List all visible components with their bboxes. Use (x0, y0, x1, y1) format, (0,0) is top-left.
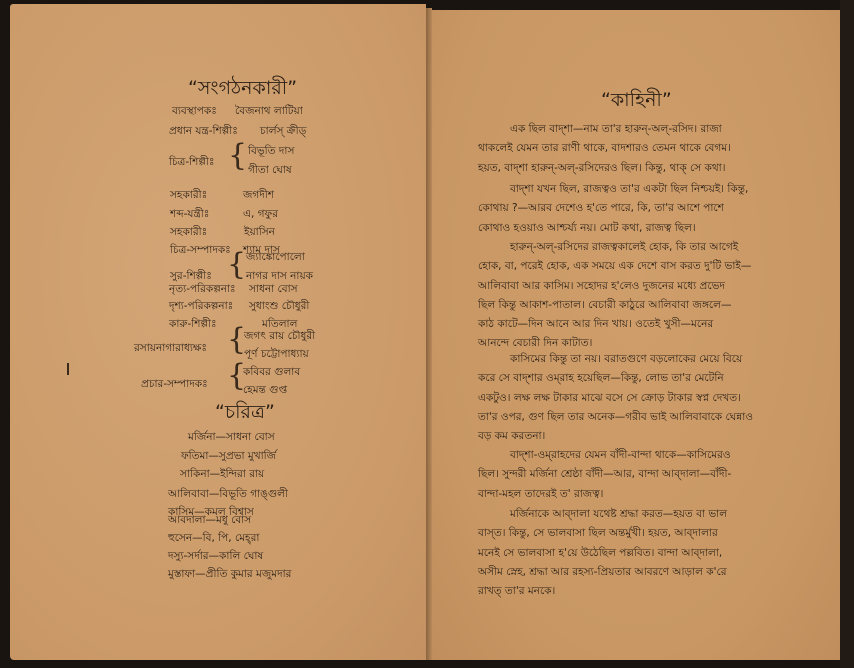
brace-icon: { (227, 250, 246, 280)
crew-name: চার্লস্ ক্রীড্ (260, 124, 306, 141)
text-line: কোথায় ?—আরব দেশেও হ'তে পারে, কি, তা'র আ… (478, 199, 796, 218)
crew-role: শব্দ-যন্ত্রীঃ (170, 207, 209, 224)
story-paragraph: এক ছিল বাদ্‌শা—নাম তা'র হারুন্‌-অল্‌-রসি… (478, 120, 796, 178)
crew-heading: “সংগঠনকারী” (188, 74, 297, 106)
text-line: ছিল। সুন্দরী মর্জিনা শ্রেষ্ঠা বাঁদী—আর, … (478, 465, 796, 484)
text-line: করে সে বাদ্‌শার ওম্‌রাহ হয়েছিল—কিন্তু, … (478, 369, 796, 388)
crew-name: পূর্ণ চট্টোপাধ্যায় (244, 347, 309, 364)
crew-role: চিত্র-শিল্পীঃ (169, 155, 215, 172)
margin-mark (67, 363, 69, 375)
crew-name: বৈজনাথ লাটিয়া (235, 104, 303, 121)
text-line: বান্দা-মহল তাদেরই ত' রাজত্ব। (478, 485, 796, 504)
text-line: বড় কম করতনা। (478, 427, 796, 446)
story-paragraph: হারুন্‌-অল্‌-রসিদের রাজত্বকালেই হোক, কি … (478, 238, 796, 354)
story-paragraph: বাদ্‌শা যখন ছিল, রাজত্বও তা'র একটা ছিল ন… (478, 180, 796, 238)
crew-name: জ্যাঙ্কোপোলো (246, 250, 305, 267)
crew-name: সাধনা বোস (249, 282, 298, 299)
text-line: কাঠ কাটে—দিন আনে আর দিন খায়। ওতেই খুসী—… (478, 315, 796, 334)
text-line: থাকলেই যেমন তার রাণী থাকে, বাদশারও তেমন … (478, 139, 796, 158)
text-line: আলিবাবা আর কাসিম। সহোদর হ'লেও দুজনের মধ্… (478, 277, 796, 296)
crew-name: বিভূতি দাস (248, 144, 294, 161)
crew-name: জগৎ রায় চৌধুরী (244, 329, 315, 346)
story-paragraph: বাদ্‌শা-ওম্‌রাহদের যেমন বাঁদী-বান্দা থাক… (478, 446, 796, 504)
crew-role: প্রচার-সম্পাদকঃ (141, 377, 208, 394)
crew-role: চিত্র-সম্পাদকঃ (170, 243, 231, 260)
cast-item: দস্যু-সর্দার—কালি ঘোষ (168, 549, 263, 566)
text-line: মর্জিনাকে আব্‌দালা যথেষ্ট শ্রদ্ধা করত—হয… (478, 505, 796, 524)
crew-name: কবিবর গুলাব (243, 365, 300, 382)
story-paragraph: মর্জিনাকে আব্‌দালা যথেষ্ট শ্রদ্ধা করত—হয… (478, 505, 796, 601)
text-line: হয়ত, বাদ্‌শা হারুন্‌-অল্‌-রসিদেরও ছিল। … (478, 159, 796, 178)
crew-name: গীতা ঘোষ (248, 163, 292, 180)
text-line: কোথাও হওয়াও আশ্চর্য্য নয়। মোট কথা, রাজ… (478, 219, 796, 238)
text-line: অসীম স্নেহ, শ্রদ্ধা আর রহস্য-প্রিয়তার আ… (478, 563, 796, 582)
cast-item: ফতিমা—সুপ্রভা মুখার্জি (181, 449, 276, 466)
story-heading: “কাহিনী” (601, 86, 672, 118)
text-line: বাস্‌ত। কিন্তু, সে ভালবাসা ছিল অন্তর্মুখ… (478, 524, 796, 543)
crew-role: সহকারীঃ (170, 225, 207, 242)
cast-item: মর্জিনা—সাধনা বোস (188, 430, 275, 447)
text-line: রাখত্‌ তা'র মনকে। (478, 582, 796, 601)
text-line: হোক, বা, পরেই হোক, এক সময়ে এক দেশে বাস … (478, 257, 796, 276)
brace-icon: { (228, 141, 247, 171)
text-line: হারুন্‌-অল্‌-রসিদের রাজত্বকালেই হোক, কি … (478, 238, 796, 257)
cast-item: আলিবাবা—বিভূতি গাঙ্গুলী (168, 487, 288, 504)
scan-border (840, 0, 854, 668)
text-line: ছিল কিন্তু আকাশ-পাতাল। বেচারী কাঠুরে আলি… (478, 296, 796, 315)
text-line: এক ছিল বাদ্‌শা—নাম তা'র হারুন্‌-অল্‌-রসি… (478, 120, 796, 139)
crew-role: নৃত্য-পরিকল্পনাঃ (169, 282, 236, 299)
cast-heading: “চরিত্র” (215, 398, 275, 430)
crew-name: এ, গফুর (243, 207, 278, 224)
cast-item: সাকিনা—ইন্দিরা রায় (180, 467, 264, 484)
text-line: বাদ্‌শা যখন ছিল, রাজত্বও তা'র একটা ছিল ন… (478, 180, 796, 199)
crew-role: কারু-শিল্পীঃ (169, 317, 217, 334)
text-line: মনেই সে ভালবাসা হ'য়ে উঠেছিল পল্লবিত। বা… (478, 544, 796, 563)
crew-role: সহকারীঃ (170, 188, 207, 205)
text-line: একটুও। লক্ষ লক্ষ টাকার মাঝে বসে সে ক্রোড… (478, 389, 796, 408)
text-line: বাদ্‌শা-ওম্‌রাহদের যেমন বাঁদী-বান্দা থাক… (478, 446, 796, 465)
crew-name: ইয়াসিন (244, 225, 275, 242)
crew-role: দৃশ্য-পরিকল্পনাঃ (169, 299, 233, 316)
crew-role: রসায়নাগারাধ্যক্ষঃ (134, 341, 207, 358)
text-line: তা'র ওপর, গুণ ছিল তার অনেক—গরীব ভাই আলিব… (478, 408, 796, 427)
cast-item: মুস্তাফা—প্রীতি কুমার মজুমদার (168, 567, 291, 584)
cast-item: আবদালা—মধু বোস (168, 513, 251, 530)
text-line: কাসিমের কিন্তু তা নয়। বরাতগুণে বড়লোকের… (478, 350, 796, 369)
cast-item: হুসেন—বি, পি, মেহ্‌রা (168, 531, 259, 548)
crew-name: সুধাংশু চৌধুরী (249, 299, 309, 316)
crew-role: ব্যবস্থাপকঃ (172, 104, 217, 121)
story-paragraph: কাসিমের কিন্তু তা নয়। বরাতগুণে বড়লোকের… (478, 350, 796, 446)
crew-name: জগদীশ (243, 188, 274, 205)
